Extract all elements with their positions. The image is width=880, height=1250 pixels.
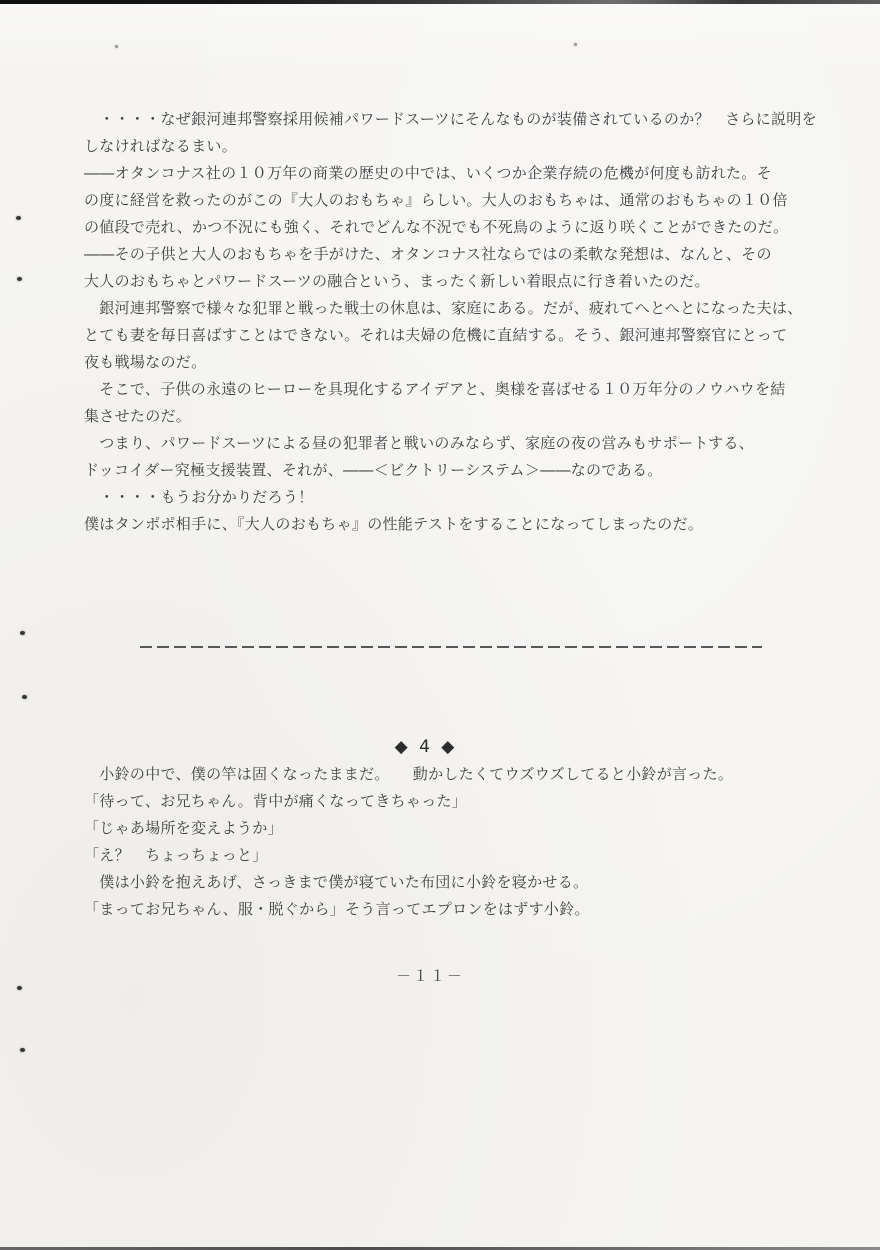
page-number: －１１－ [60,963,800,990]
paragraph-know-how: そこで、子供の永遠のヒーローを具現化するアイデアと、奥様を喜ばせる１０万年分のノ… [84,376,824,430]
dashed-divider [140,646,762,648]
paragraph-dialogue: 小鈴の中で、僕の竿は固くなったままだ。 動かしたくてウズウズしてると小鈴が言った… [84,761,824,869]
paragraph-warrior-rest: 銀河連邦警察で様々な犯罪と戦った戦士の休息は、家庭にある。だが、疲れてへとへとに… [84,295,824,376]
paragraph-victory-system: つまり、パワードスーツによる昼の犯罪者と戦いのみならず、家庭の夜の営みもサポート… [84,430,824,484]
paragraph-realization: ・・・・もうお分かりだろう！ 僕はタンポポ相手に、『大人のおもちゃ』の性能テスト… [84,484,824,538]
section-marker: ◆ 4 ◆ [56,734,796,761]
scanned-document-page: ・・・・なぜ銀河連邦警察採用候補パワードスーツにそんなものが装備されているのか？… [0,0,880,1250]
paragraph-apron: 「まってお兄ちゃん、服・脱ぐから」そう言ってエプロンをはずす小鈴。 [84,896,824,923]
paragraph-carry: 僕は小鈴を抱えあげ、さっきまで僕が寝ていた布団に小鈴を寝かせる。 [84,869,824,896]
paragraph-why-equipped: ・・・・なぜ銀河連邦警察採用候補パワードスーツにそんなものが装備されているのか？… [84,106,824,160]
paragraph-company-history: ――オタンコナス社の１０万年の商業の歴史の中では、いくつか企業存続の危機が何度も… [84,160,824,241]
page-body: ・・・・なぜ銀河連邦警察採用候補パワードスーツにそんなものが装備されているのか？… [0,0,880,1250]
paragraph-fusion-idea: ――その子供と大人のおもちゃを手がけた、オタンコナス社ならではの柔軟な発想は、な… [84,241,824,295]
